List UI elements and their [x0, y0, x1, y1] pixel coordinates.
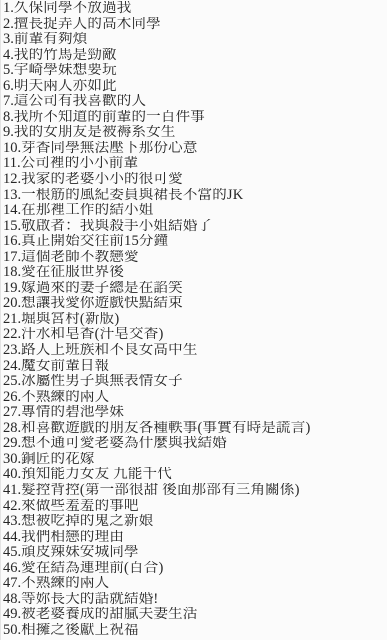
item-title: 想不通可愛老婆為什麼與我結婚 [21, 436, 227, 451]
item-number: 48. [3, 592, 21, 607]
item-title: 相擁之後獻上祝福 [21, 623, 139, 638]
list-item: 42.來做些羞羞的事吧 [3, 499, 387, 515]
item-title: 魔女前輩日報 [21, 359, 109, 374]
item-number: 42. [3, 499, 21, 514]
item-number: 3. [3, 32, 14, 47]
item-number: 7. [3, 94, 14, 109]
item-number: 27. [3, 405, 21, 420]
item-title: 冰屬性男子與無表情女子 [21, 374, 183, 389]
list-item: 20.想讓我愛你遊戲快點結束 [3, 296, 387, 312]
item-number: 16. [3, 234, 21, 249]
item-title: 擅長捉弄人的高木同學 [14, 17, 161, 32]
item-title: 嫁過來的妻子總是在諂笑 [21, 281, 183, 296]
item-number: 14. [3, 203, 21, 218]
item-title: 愛在結為連理前(百合) [21, 561, 163, 576]
item-number: 8. [3, 110, 14, 125]
item-title: 想讓我愛你遊戲快點結束 [21, 296, 183, 311]
item-title: 不熟練的兩人 [21, 390, 109, 405]
item-title: 髮控背控(第一部很甜 後面那部有三角關係) [21, 483, 299, 498]
list-item: 48.等妳長大的話就結婚! [3, 592, 387, 608]
list-item: 21.堀與宮村(新版) [3, 312, 387, 328]
list-item: 41.髮控背控(第一部很甜 後面那部有三角關係) [3, 483, 387, 499]
list-item: 10.芽香同學無法壓下那份心意 [3, 141, 387, 157]
item-number: 50. [3, 623, 21, 638]
list-item: 26.不熟練的兩人 [3, 390, 387, 406]
item-title: 被老婆養成的甜膩夫妻生活 [21, 607, 197, 622]
item-title: 頑皮辣妹安城同學 [21, 545, 139, 560]
item-title: 敬啟者：我與殺手小姐結婚了 [21, 219, 212, 234]
item-title: 前輩有夠煩 [14, 32, 88, 47]
item-number: 40. [3, 467, 21, 482]
list-item: 28.和喜歡遊戲的朋友各種軼事(事實有時是謊言) [3, 421, 387, 437]
item-title: 我的竹馬是勁敵 [14, 48, 117, 63]
item-number: 49. [3, 607, 21, 622]
list-item: 46.愛在結為連理前(百合) [3, 561, 387, 577]
item-number: 28. [3, 421, 21, 436]
list-item: 7.這公司有我喜歡的人 [3, 94, 387, 110]
list-item: 27.專情的碧池學妹 [3, 405, 387, 421]
item-title: 我家的老婆小小的很可愛 [21, 172, 183, 187]
list-item: 19.嫁過來的妻子總是在諂笑 [3, 281, 387, 297]
list-item: 16.真正開始交往前15分鐘 [3, 234, 387, 250]
item-title: 想被吃掉的鬼之新娘 [21, 514, 153, 529]
list-item: 18.愛在征服世界後 [3, 265, 387, 281]
item-number: 6. [3, 79, 14, 94]
list-item: 23.路人上班族和不良女高中生 [3, 343, 387, 359]
item-number: 5. [3, 63, 14, 78]
item-title: 銅匠的花嫁 [21, 452, 95, 467]
item-number: 18. [3, 265, 21, 280]
item-title: 等妳長大的話就結婚! [21, 592, 158, 607]
item-title: 明天兩人亦如此 [14, 79, 117, 94]
list-item: 50.相擁之後獻上祝福 [3, 623, 387, 639]
item-number: 10. [3, 141, 21, 156]
list-item: 3.前輩有夠煩 [3, 32, 387, 48]
list-item: 5.宇崎學妹想要玩 [3, 63, 387, 79]
item-title: 專情的碧池學妹 [21, 405, 124, 420]
list-item: 14.在那裡工作的結小姐 [3, 203, 387, 219]
item-title: 真正開始交往前15分鐘 [21, 234, 168, 249]
list-item: 24.魔女前輩日報 [3, 359, 387, 375]
list-item: 40.預知能力女友 九能千代 [3, 467, 387, 483]
list-item: 25.冰屬性男子與無表情女子 [3, 374, 387, 390]
title-list: 1.久保同學不放過我2.擅長捉弄人的高木同學3.前輩有夠煩4.我的竹馬是勁敵5.… [3, 1, 387, 638]
title-list-page: 1.久保同學不放過我2.擅長捉弄人的高木同學3.前輩有夠煩4.我的竹馬是勁敵5.… [0, 0, 387, 640]
item-number: 9. [3, 125, 14, 140]
item-number: 25. [3, 374, 21, 389]
item-title: 汗水和皂香(汗皂交香) [21, 327, 163, 342]
item-number: 47. [3, 576, 21, 591]
item-number: 46. [3, 561, 21, 576]
item-number: 1. [3, 1, 14, 16]
item-number: 24. [3, 359, 21, 374]
item-number: 13. [3, 188, 21, 203]
item-number: 15. [3, 219, 21, 234]
list-item: 45.頑皮辣妹安城同學 [3, 545, 387, 561]
item-title: 在那裡工作的結小姐 [21, 203, 153, 218]
list-item: 1.久保同學不放過我 [3, 1, 387, 17]
item-number: 11. [3, 156, 21, 171]
list-item: 13.一根筋的風紀委員與裙長不當的JK [3, 188, 387, 204]
item-title: 路人上班族和不良女高中生 [21, 343, 197, 358]
item-number: 19. [3, 281, 21, 296]
list-item: 6.明天兩人亦如此 [3, 79, 387, 95]
item-title: 不熟練的兩人 [21, 576, 109, 591]
item-title: 和喜歡遊戲的朋友各種軼事(事實有時是謊言) [21, 421, 310, 436]
item-title: 愛在征服世界後 [21, 265, 124, 280]
item-title: 宇崎學妹想要玩 [14, 63, 117, 78]
list-item: 29.想不通可愛老婆為什麼與我結婚 [3, 436, 387, 452]
item-title: 我的女朋友是被褥系女生 [14, 125, 176, 140]
item-number: 44. [3, 530, 21, 545]
item-title: 久保同學不放過我 [14, 1, 132, 16]
list-item: 8.我所不知道的前輩的一百件事 [3, 110, 387, 126]
list-item: 44.我們相戀的理由 [3, 530, 387, 546]
item-number: 21. [3, 312, 21, 327]
item-number: 43. [3, 514, 21, 529]
list-item: 15.敬啟者：我與殺手小姐結婚了 [3, 219, 387, 235]
list-item: 4.我的竹馬是勁敵 [3, 48, 387, 64]
list-item: 2.擅長捉弄人的高木同學 [3, 17, 387, 33]
item-title: 我所不知道的前輩的一百件事 [14, 110, 205, 125]
item-number: 22. [3, 327, 21, 342]
item-number: 4. [3, 48, 14, 63]
item-number: 26. [3, 390, 21, 405]
item-title: 這個老師不教戀愛 [21, 250, 139, 265]
item-title: 公司裡的小小前輩 [21, 156, 139, 171]
item-title: 這公司有我喜歡的人 [14, 94, 146, 109]
list-item: 43.想被吃掉的鬼之新娘 [3, 514, 387, 530]
item-title: 一根筋的風紀委員與裙長不當的JK [21, 188, 243, 203]
list-item: 9.我的女朋友是被褥系女生 [3, 125, 387, 141]
list-item: 30.銅匠的花嫁 [3, 452, 387, 468]
item-number: 17. [3, 250, 21, 265]
item-title: 我們相戀的理由 [21, 530, 124, 545]
item-title: 來做些羞羞的事吧 [21, 499, 139, 514]
list-item: 22.汗水和皂香(汗皂交香) [3, 327, 387, 343]
list-item: 12.我家的老婆小小的很可愛 [3, 172, 387, 188]
item-title: 堀與宮村(新版) [21, 312, 119, 327]
item-number: 45. [3, 545, 21, 560]
list-item: 49.被老婆養成的甜膩夫妻生活 [3, 607, 387, 623]
list-item: 11.公司裡的小小前輩 [3, 156, 387, 172]
item-title: 芽香同學無法壓下那份心意 [21, 141, 197, 156]
list-item: 47.不熟練的兩人 [3, 576, 387, 592]
item-number: 23. [3, 343, 21, 358]
list-item: 17.這個老師不教戀愛 [3, 250, 387, 266]
item-title: 預知能力女友 九能千代 [21, 467, 172, 482]
item-number: 30. [3, 452, 21, 467]
item-number: 2. [3, 17, 14, 32]
item-number: 29. [3, 436, 21, 451]
item-number: 20. [3, 296, 21, 311]
item-number: 12. [3, 172, 21, 187]
item-number: 41. [3, 483, 21, 498]
